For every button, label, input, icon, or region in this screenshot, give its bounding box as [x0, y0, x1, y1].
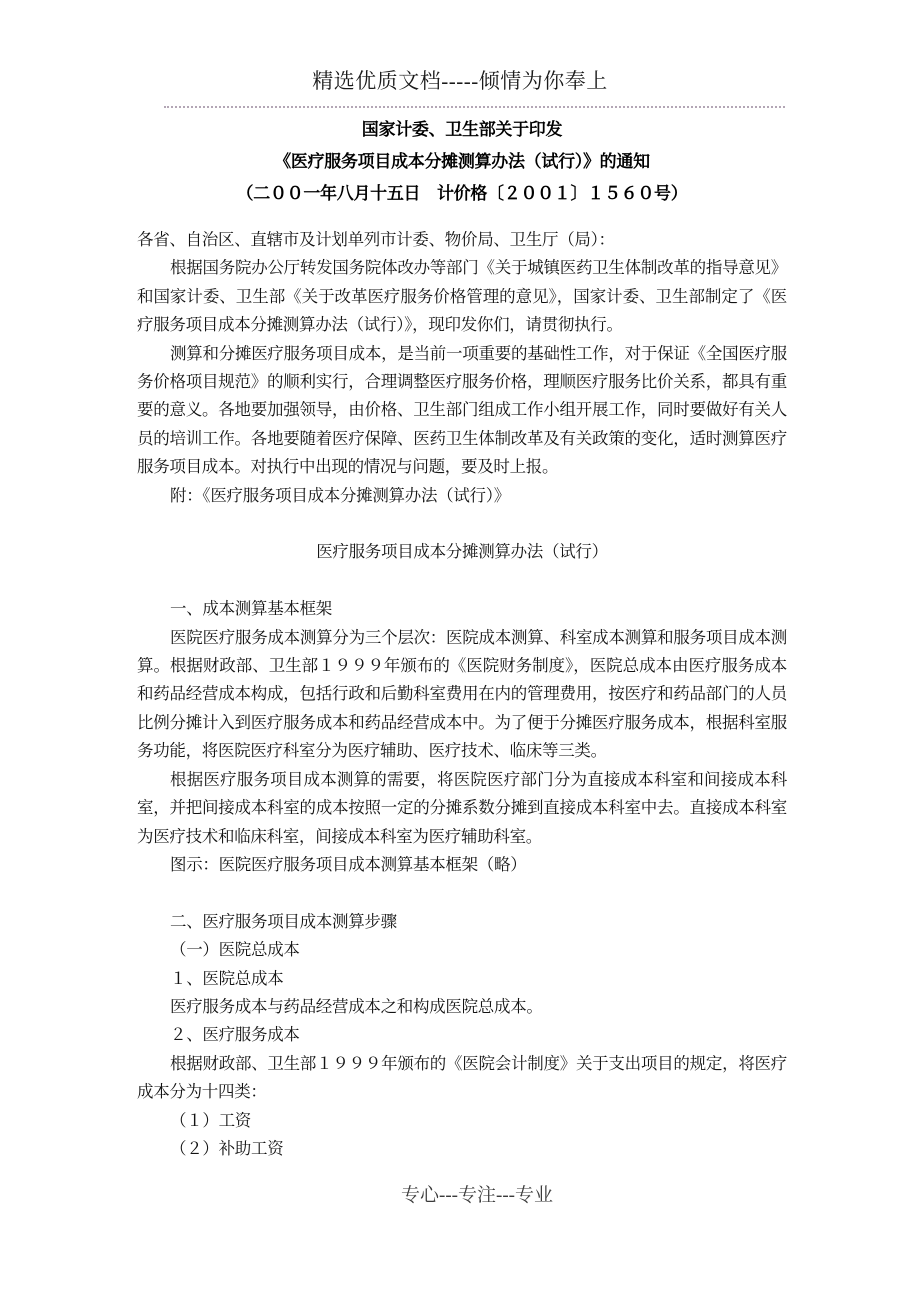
document-body: 各省、自治区、直辖市及计划单列市计委、物价局、卫生厅（局）： 根据国务院办公厅转… [137, 226, 787, 1163]
paragraph-importance: 测算和分摊医疗服务项目成本，是当前一项重要的基础性工作，对于保证《全国医疗服务价… [137, 340, 787, 482]
item-1-heading: １、医院总成本 [137, 965, 787, 993]
notice-date-docnumber-line: （二００一年八月十五日 计价格〔２００１〕１５６０号） [137, 178, 787, 210]
figure-note: 图示：医院医疗服务项目成本测算基本框架（略） [137, 851, 787, 879]
document-page: 精选优质文档-----倾情为你奉上 国家计委、卫生部关于印发 《医疗服务项目成本… [0, 0, 920, 1302]
header-divider [164, 106, 785, 108]
item-2-heading: ２、医疗服务成本 [137, 1021, 787, 1049]
section-2-heading: 二、医疗服务项目成本测算步骤 [137, 908, 787, 936]
cost-category-item-2: （２）补助工资 [137, 1135, 787, 1163]
item-2-text: 根据财政部、卫生部１９９９年颁布的《医院会计制度》关于支出项目的规定，将医疗成本… [137, 1050, 787, 1107]
cost-category-item-1: （１）工资 [137, 1107, 787, 1135]
section-1-paragraph-2: 根据医疗服务项目成本测算的需要，将医院医疗部门分为直接成本科室和间接成本科室，并… [137, 766, 787, 851]
header-slogan: 精选优质文档-----倾情为你奉上 [0, 68, 920, 95]
document-content: 国家计委、卫生部关于印发 《医疗服务项目成本分摊测算办法（试行）》的通知 （二０… [137, 114, 787, 1163]
notice-title-block: 国家计委、卫生部关于印发 《医疗服务项目成本分摊测算办法（试行）》的通知 （二０… [137, 114, 787, 210]
attachment-note: 附：《医疗服务项目成本分摊测算办法（试行）》 [137, 482, 787, 510]
notice-title-line2: 《医疗服务项目成本分摊测算办法（试行）》的通知 [137, 146, 787, 178]
attachment-doc-title: 医疗服务项目成本分摊测算办法（试行） [137, 538, 787, 566]
subsection-1-heading: （一）医院总成本 [137, 936, 787, 964]
section-1-paragraph-1: 医院医疗服务成本测算分为三个层次：医院成本测算、科室成本测算和服务项目成本测算。… [137, 624, 787, 766]
paragraph-basis: 根据国务院办公厅转发国务院体改办等部门《关于城镇医药卫生体制改革的指导意见》和国… [137, 254, 787, 339]
salutation-line: 各省、自治区、直辖市及计划单列市计委、物价局、卫生厅（局）： [137, 226, 787, 254]
section-1-heading: 一、成本测算基本框架 [137, 595, 787, 623]
footer-slogan: 专心---专注---专业 [137, 1183, 817, 1209]
notice-title-line1: 国家计委、卫生部关于印发 [137, 114, 787, 146]
item-1-text: 医疗服务成本与药品经营成本之和构成医院总成本。 [137, 993, 787, 1021]
